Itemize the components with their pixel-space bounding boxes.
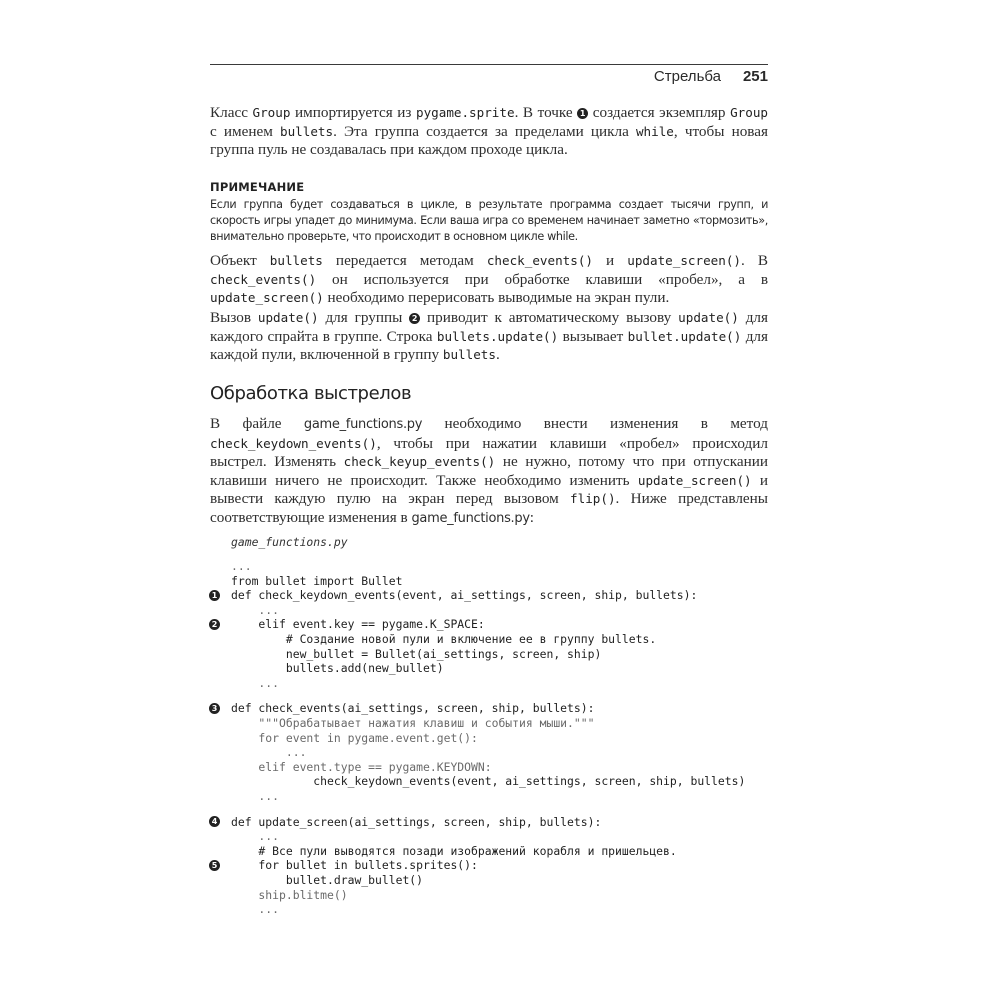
running-head: Стрельба251 [654,68,768,85]
code-line: from bullet import Bullet [231,574,402,588]
callout-marker-1: 1 [577,108,588,119]
code-line: """Обрабатывает нажатия клавиш и события… [231,716,594,730]
code-line: ... [231,789,279,803]
callout-marker-3: 3 [209,703,220,714]
callout-marker-5: 5 [209,860,220,871]
callout-marker-1: 1 [209,590,220,601]
code-filename: game_functions.py [231,535,348,549]
code-line: ... [231,603,279,617]
code-line: ... [231,559,252,573]
code-line: # Все пули выводятся позади изображений … [231,844,677,858]
note-box: ПРИМЕЧАНИЕ Если группа будет создаваться… [210,180,768,245]
code-line: ... [231,829,279,843]
chapter-title: Стрельба [654,68,721,85]
code-line: ... [231,902,279,916]
callout-marker-2: 2 [209,619,220,630]
code-line: elif event.key == pygame.K_SPACE: [231,617,485,631]
callout-marker-4: 4 [209,816,220,827]
page-number: 251 [743,68,768,85]
section-heading: Обработка выстрелов [210,383,768,404]
note-body: Если группа будет создаваться в цикле, в… [210,197,768,245]
callout-marker-2: 2 [409,313,420,324]
code-line: elif event.type == pygame.KEYDOWN: [231,760,492,774]
code-line: # Создание новой пули и включение ее в г… [231,632,656,646]
code-line: ... [231,745,306,759]
code-line: def update_screen(ai_settings, screen, s… [231,815,601,829]
code-line: def check_events(ai_settings, screen, sh… [231,701,594,715]
code-line: for bullet in bullets.sprites(): [231,858,478,872]
code-line: bullets.add(new_bullet) [231,661,444,675]
code-line: ship.blitme() [231,888,348,902]
header-rule [210,64,768,65]
code-line: ... [231,676,279,690]
code-line: bullet.draw_bullet() [231,873,423,887]
code-line: def check_keydown_events(event, ai_setti… [231,588,697,602]
paragraph-group-import: Класс Group импортируется из pygame.spri… [210,104,768,160]
paragraph-update-call: Вызов update() для группы 2 приводит к а… [210,309,768,365]
note-title: ПРИМЕЧАНИЕ [210,180,768,194]
code-line: for event in pygame.event.get(): [231,731,478,745]
paragraph-shooting-intro: В файле game_functions.py необходимо вне… [210,415,768,529]
code-line: new_bullet = Bullet(ai_settings, screen,… [231,647,601,661]
paragraph-bullets-passed: Объект bullets передается методам check_… [210,252,768,308]
code-line: check_keydown_events(event, ai_settings,… [231,774,745,788]
